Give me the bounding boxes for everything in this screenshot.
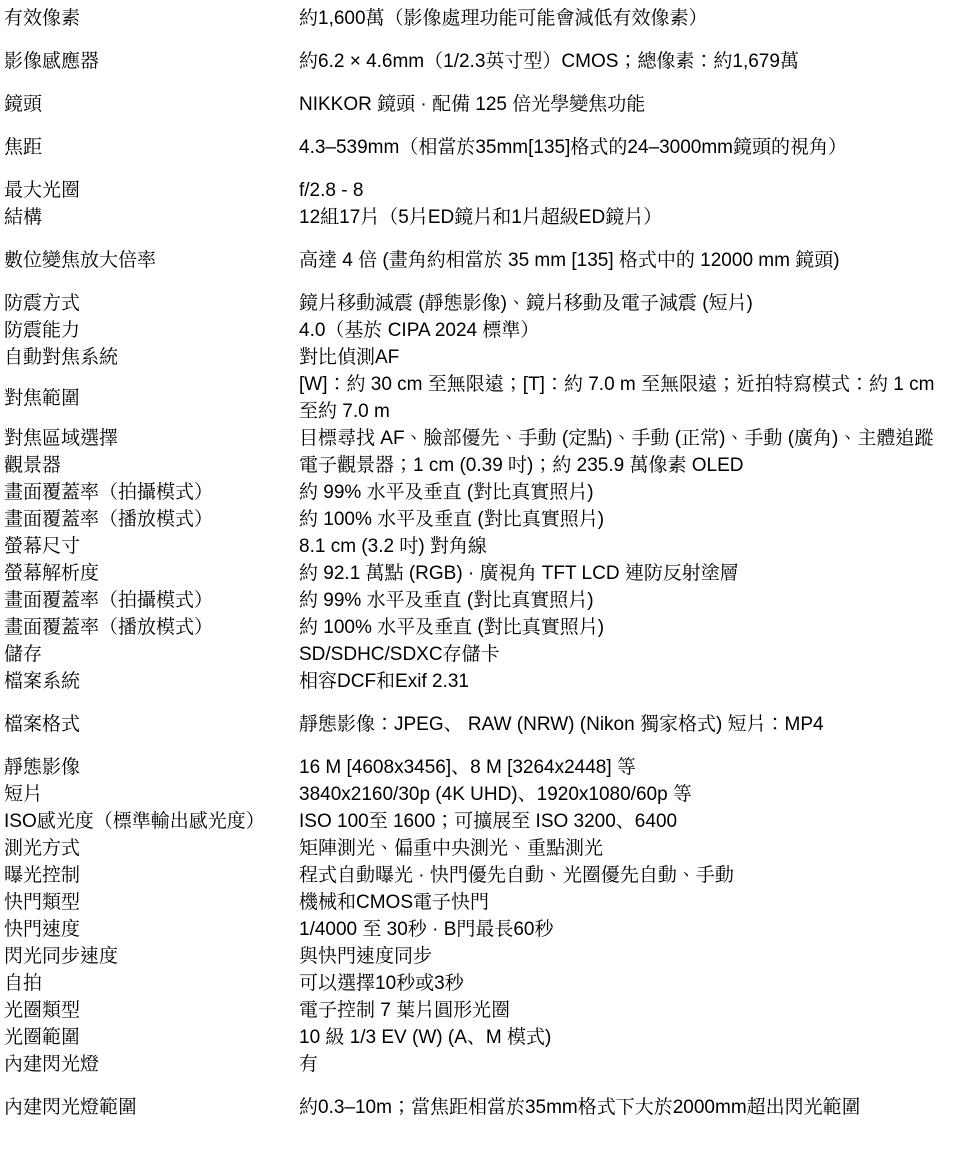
spec-row: 光圈範圍 10 級 1/3 EV (W) (A、M 模式) <box>0 1024 960 1051</box>
spec-row-value: 高達 4 倍 (畫角約相當於 35 mm [135] 格式中的 12000 mm… <box>299 247 960 274</box>
spec-row: 最大光圈 f/2.8 - 8 <box>0 177 960 204</box>
spec-row-value: 8.1 cm (3.2 吋) 對角線 <box>299 533 960 560</box>
spec-row-value: 約 100% 水平及垂直 (對比真實照片) <box>299 506 960 533</box>
spec-row-label: 曝光控制 <box>0 862 299 889</box>
spec-row-value: 12組17片（5片ED鏡片和1片超級ED鏡片） <box>299 204 960 231</box>
spec-row: 防震能力 4.0（基於 CIPA 2024 標準） <box>0 317 960 344</box>
spec-row-label: 光圈類型 <box>0 997 299 1024</box>
spec-row: 畫面覆蓋率（播放模式） 約 100% 水平及垂直 (對比真實照片) <box>0 614 960 641</box>
spec-row: 內建閃光燈範圍 約0.3–10m；當焦距相當於35mm格式下大於2000mm超出… <box>0 1094 960 1121</box>
spec-row: 鏡頭 NIKKOR 鏡頭 · 配備 125 倍光學變焦功能 <box>0 91 960 118</box>
spec-row: 對焦範圍 [W]：約 30 cm 至無限遠；[T]：約 7.0 m 至無限遠；近… <box>0 371 960 425</box>
spec-row-label: 快門速度 <box>0 916 299 943</box>
spec-row: 螢幕解析度 約 92.1 萬點 (RGB) · 廣視角 TFT LCD 連防反射… <box>0 560 960 587</box>
spec-row-label: 對焦範圍 <box>0 385 299 412</box>
spec-row-value: 1/4000 至 30秒 · B門最長60秒 <box>299 916 960 943</box>
spec-row-label: 結構 <box>0 204 299 231</box>
spec-row: 結構 12組17片（5片ED鏡片和1片超級ED鏡片） <box>0 204 960 231</box>
spec-row-label: 檔案系統 <box>0 668 299 695</box>
spec-row: 快門速度 1/4000 至 30秒 · B門最長60秒 <box>0 916 960 943</box>
spec-row: 儲存 SD/SDHC/SDXC存儲卡 <box>0 641 960 668</box>
spec-row-label: 光圈範圍 <box>0 1024 299 1051</box>
spec-row: 畫面覆蓋率（拍攝模式） 約 99% 水平及垂直 (對比真實照片) <box>0 479 960 506</box>
spec-row-label: 最大光圈 <box>0 177 299 204</box>
spec-row-label: 快門類型 <box>0 889 299 916</box>
spec-row-value: 機械和CMOS電子快門 <box>299 889 960 916</box>
spec-row: ISO感光度（標準輸出感光度） ISO 100至 1600；可擴展至 ISO 3… <box>0 808 960 835</box>
spec-row-label: 觀景器 <box>0 452 299 479</box>
spec-row-label: 測光方式 <box>0 835 299 862</box>
spec-row-value: 約1,600萬（影像處理功能可能會減低有效像素） <box>299 5 960 32</box>
spec-row-value: f/2.8 - 8 <box>299 177 960 204</box>
spec-row-label: 畫面覆蓋率（播放模式） <box>0 614 299 641</box>
spec-row: 畫面覆蓋率（播放模式） 約 100% 水平及垂直 (對比真實照片) <box>0 506 960 533</box>
spec-row-label: 畫面覆蓋率（播放模式） <box>0 506 299 533</box>
spec-group: 靜態影像 16 M [4608x3456]、8 M [3264x2448] 等 … <box>0 754 960 1078</box>
spec-row-value: 相容DCF和Exif 2.31 <box>299 668 960 695</box>
spec-row-value: 程式自動曝光 · 快門優先自動、光圈優先自動、手動 <box>299 862 960 889</box>
spec-row-label: 螢幕尺寸 <box>0 533 299 560</box>
spec-row-value: 3840x2160/30p (4K UHD)、1920x1080/60p 等 <box>299 781 960 808</box>
spec-row-value: 約 100% 水平及垂直 (對比真實照片) <box>299 614 960 641</box>
spec-group: 最大光圈 f/2.8 - 8 結構 12組17片（5片ED鏡片和1片超級ED鏡片… <box>0 177 960 231</box>
spec-row-label: 防震能力 <box>0 317 299 344</box>
spec-row: 影像感應器 約6.2 × 4.6mm（1/2.3英寸型）CMOS；總像素：約1,… <box>0 48 960 75</box>
spec-row: 數位變焦放大倍率 高達 4 倍 (畫角約相當於 35 mm [135] 格式中的… <box>0 247 960 274</box>
spec-row-label: 數位變焦放大倍率 <box>0 247 299 274</box>
spec-row-label: 畫面覆蓋率（拍攝模式） <box>0 587 299 614</box>
spec-row: 檔案格式 靜態影像：JPEG、 RAW (NRW) (Nikon 獨家格式) 短… <box>0 711 960 738</box>
spec-row-value: 4.0（基於 CIPA 2024 標準） <box>299 317 960 344</box>
spec-row: 內建閃光燈 有 <box>0 1051 960 1078</box>
spec-row-label: 有效像素 <box>0 5 299 32</box>
spec-row-value: 16 M [4608x3456]、8 M [3264x2448] 等 <box>299 754 960 781</box>
spec-row-value: 約6.2 × 4.6mm（1/2.3英寸型）CMOS；總像素：約1,679萬 <box>299 48 960 75</box>
spec-row: 有效像素 約1,600萬（影像處理功能可能會減低有效像素） <box>0 5 960 32</box>
spec-group: 焦距 4.3–539mm（相當於35mm[135]格式的24–3000mm鏡頭的… <box>0 134 960 161</box>
spec-row-value: 有 <box>299 1051 960 1078</box>
spec-row-label: 影像感應器 <box>0 48 299 75</box>
spec-row-value: NIKKOR 鏡頭 · 配備 125 倍光學變焦功能 <box>299 91 960 118</box>
spec-row-label: 靜態影像 <box>0 754 299 781</box>
spec-group: 有效像素 約1,600萬（影像處理功能可能會減低有效像素） <box>0 5 960 32</box>
spec-row-value: 矩陣測光、偏重中央測光、重點測光 <box>299 835 960 862</box>
spec-row-label: 螢幕解析度 <box>0 560 299 587</box>
spec-page: 有效像素 約1,600萬（影像處理功能可能會減低有效像素） 影像感應器 約6.2… <box>0 0 960 1152</box>
spec-row: 防震方式 鏡片移動減震 (靜態影像)、鏡片移動及電子減震 (短片) <box>0 290 960 317</box>
spec-row-value: 10 級 1/3 EV (W) (A、M 模式) <box>299 1024 960 1051</box>
spec-row: 自動對焦系統 對比偵測AF <box>0 344 960 371</box>
spec-row-value: 約 99% 水平及垂直 (對比真實照片) <box>299 479 960 506</box>
spec-row: 快門類型 機械和CMOS電子快門 <box>0 889 960 916</box>
spec-row-value: 電子觀景器；1 cm (0.39 吋)；約 235.9 萬像素 OLED <box>299 452 960 479</box>
spec-group: 影像感應器 約6.2 × 4.6mm（1/2.3英寸型）CMOS；總像素：約1,… <box>0 48 960 75</box>
spec-row: 曝光控制 程式自動曝光 · 快門優先自動、光圈優先自動、手動 <box>0 862 960 889</box>
spec-row-label: 短片 <box>0 781 299 808</box>
spec-row-label: 檔案格式 <box>0 711 299 738</box>
spec-row-value: [W]：約 30 cm 至無限遠；[T]：約 7.0 m 至無限遠；近拍特寫模式… <box>299 371 960 425</box>
spec-row: 畫面覆蓋率（拍攝模式） 約 99% 水平及垂直 (對比真實照片) <box>0 587 960 614</box>
spec-row-label: 內建閃光燈 <box>0 1051 299 1078</box>
spec-row-label: 儲存 <box>0 641 299 668</box>
spec-row-value: 電子控制 7 葉片圓形光圈 <box>299 997 960 1024</box>
spec-row-label: 防震方式 <box>0 290 299 317</box>
spec-row-label: 對焦區域選擇 <box>0 425 299 452</box>
spec-row-label: 焦距 <box>0 134 299 161</box>
spec-row-label: 畫面覆蓋率（拍攝模式） <box>0 479 299 506</box>
spec-row-value: 鏡片移動減震 (靜態影像)、鏡片移動及電子減震 (短片) <box>299 290 960 317</box>
spec-row-value: 目標尋找 AF、臉部優先、手動 (定點)、手動 (正常)、手動 (廣角)、主體追… <box>299 425 960 452</box>
spec-row-value: 靜態影像：JPEG、 RAW (NRW) (Nikon 獨家格式) 短片：MP4 <box>299 711 960 738</box>
spec-row: 焦距 4.3–539mm（相當於35mm[135]格式的24–3000mm鏡頭的… <box>0 134 960 161</box>
spec-group: 檔案格式 靜態影像：JPEG、 RAW (NRW) (Nikon 獨家格式) 短… <box>0 711 960 738</box>
camera-spec-table: 有效像素 約1,600萬（影像處理功能可能會減低有效像素） 影像感應器 約6.2… <box>0 5 960 1121</box>
spec-row-label: 自動對焦系統 <box>0 344 299 371</box>
spec-row: 光圈類型 電子控制 7 葉片圓形光圈 <box>0 997 960 1024</box>
spec-row: 測光方式 矩陣測光、偏重中央測光、重點測光 <box>0 835 960 862</box>
spec-row-value: ISO 100至 1600；可擴展至 ISO 3200、6400 <box>299 808 960 835</box>
spec-row: 對焦區域選擇 目標尋找 AF、臉部優先、手動 (定點)、手動 (正常)、手動 (… <box>0 425 960 452</box>
spec-row-label: 閃光同步速度 <box>0 943 299 970</box>
spec-row-label: 內建閃光燈範圍 <box>0 1094 299 1121</box>
spec-row-label: 鏡頭 <box>0 91 299 118</box>
spec-row: 短片 3840x2160/30p (4K UHD)、1920x1080/60p … <box>0 781 960 808</box>
spec-row-label: ISO感光度（標準輸出感光度） <box>0 808 299 835</box>
spec-row: 閃光同步速度 與快門速度同步 <box>0 943 960 970</box>
spec-group: 鏡頭 NIKKOR 鏡頭 · 配備 125 倍光學變焦功能 <box>0 91 960 118</box>
spec-row-value: 4.3–539mm（相當於35mm[135]格式的24–3000mm鏡頭的視角） <box>299 134 960 161</box>
spec-row-value: SD/SDHC/SDXC存儲卡 <box>299 641 960 668</box>
spec-row-label: 自拍 <box>0 970 299 997</box>
spec-row-value: 可以選擇10秒或3秒 <box>299 970 960 997</box>
spec-group: 防震方式 鏡片移動減震 (靜態影像)、鏡片移動及電子減震 (短片) 防震能力 4… <box>0 290 960 695</box>
spec-row-value: 對比偵測AF <box>299 344 960 371</box>
spec-row-value: 約0.3–10m；當焦距相當於35mm格式下大於2000mm超出閃光範圍 <box>299 1094 960 1121</box>
spec-row-value: 約 99% 水平及垂直 (對比真實照片) <box>299 587 960 614</box>
spec-row-value: 與快門速度同步 <box>299 943 960 970</box>
spec-row: 螢幕尺寸 8.1 cm (3.2 吋) 對角線 <box>0 533 960 560</box>
spec-row: 靜態影像 16 M [4608x3456]、8 M [3264x2448] 等 <box>0 754 960 781</box>
spec-group: 內建閃光燈範圍 約0.3–10m；當焦距相當於35mm格式下大於2000mm超出… <box>0 1094 960 1121</box>
spec-row-value: 約 92.1 萬點 (RGB) · 廣視角 TFT LCD 連防反射塗層 <box>299 560 960 587</box>
spec-group: 數位變焦放大倍率 高達 4 倍 (畫角約相當於 35 mm [135] 格式中的… <box>0 247 960 274</box>
spec-row: 自拍 可以選擇10秒或3秒 <box>0 970 960 997</box>
spec-row: 觀景器 電子觀景器；1 cm (0.39 吋)；約 235.9 萬像素 OLED <box>0 452 960 479</box>
spec-row: 檔案系統 相容DCF和Exif 2.31 <box>0 668 960 695</box>
